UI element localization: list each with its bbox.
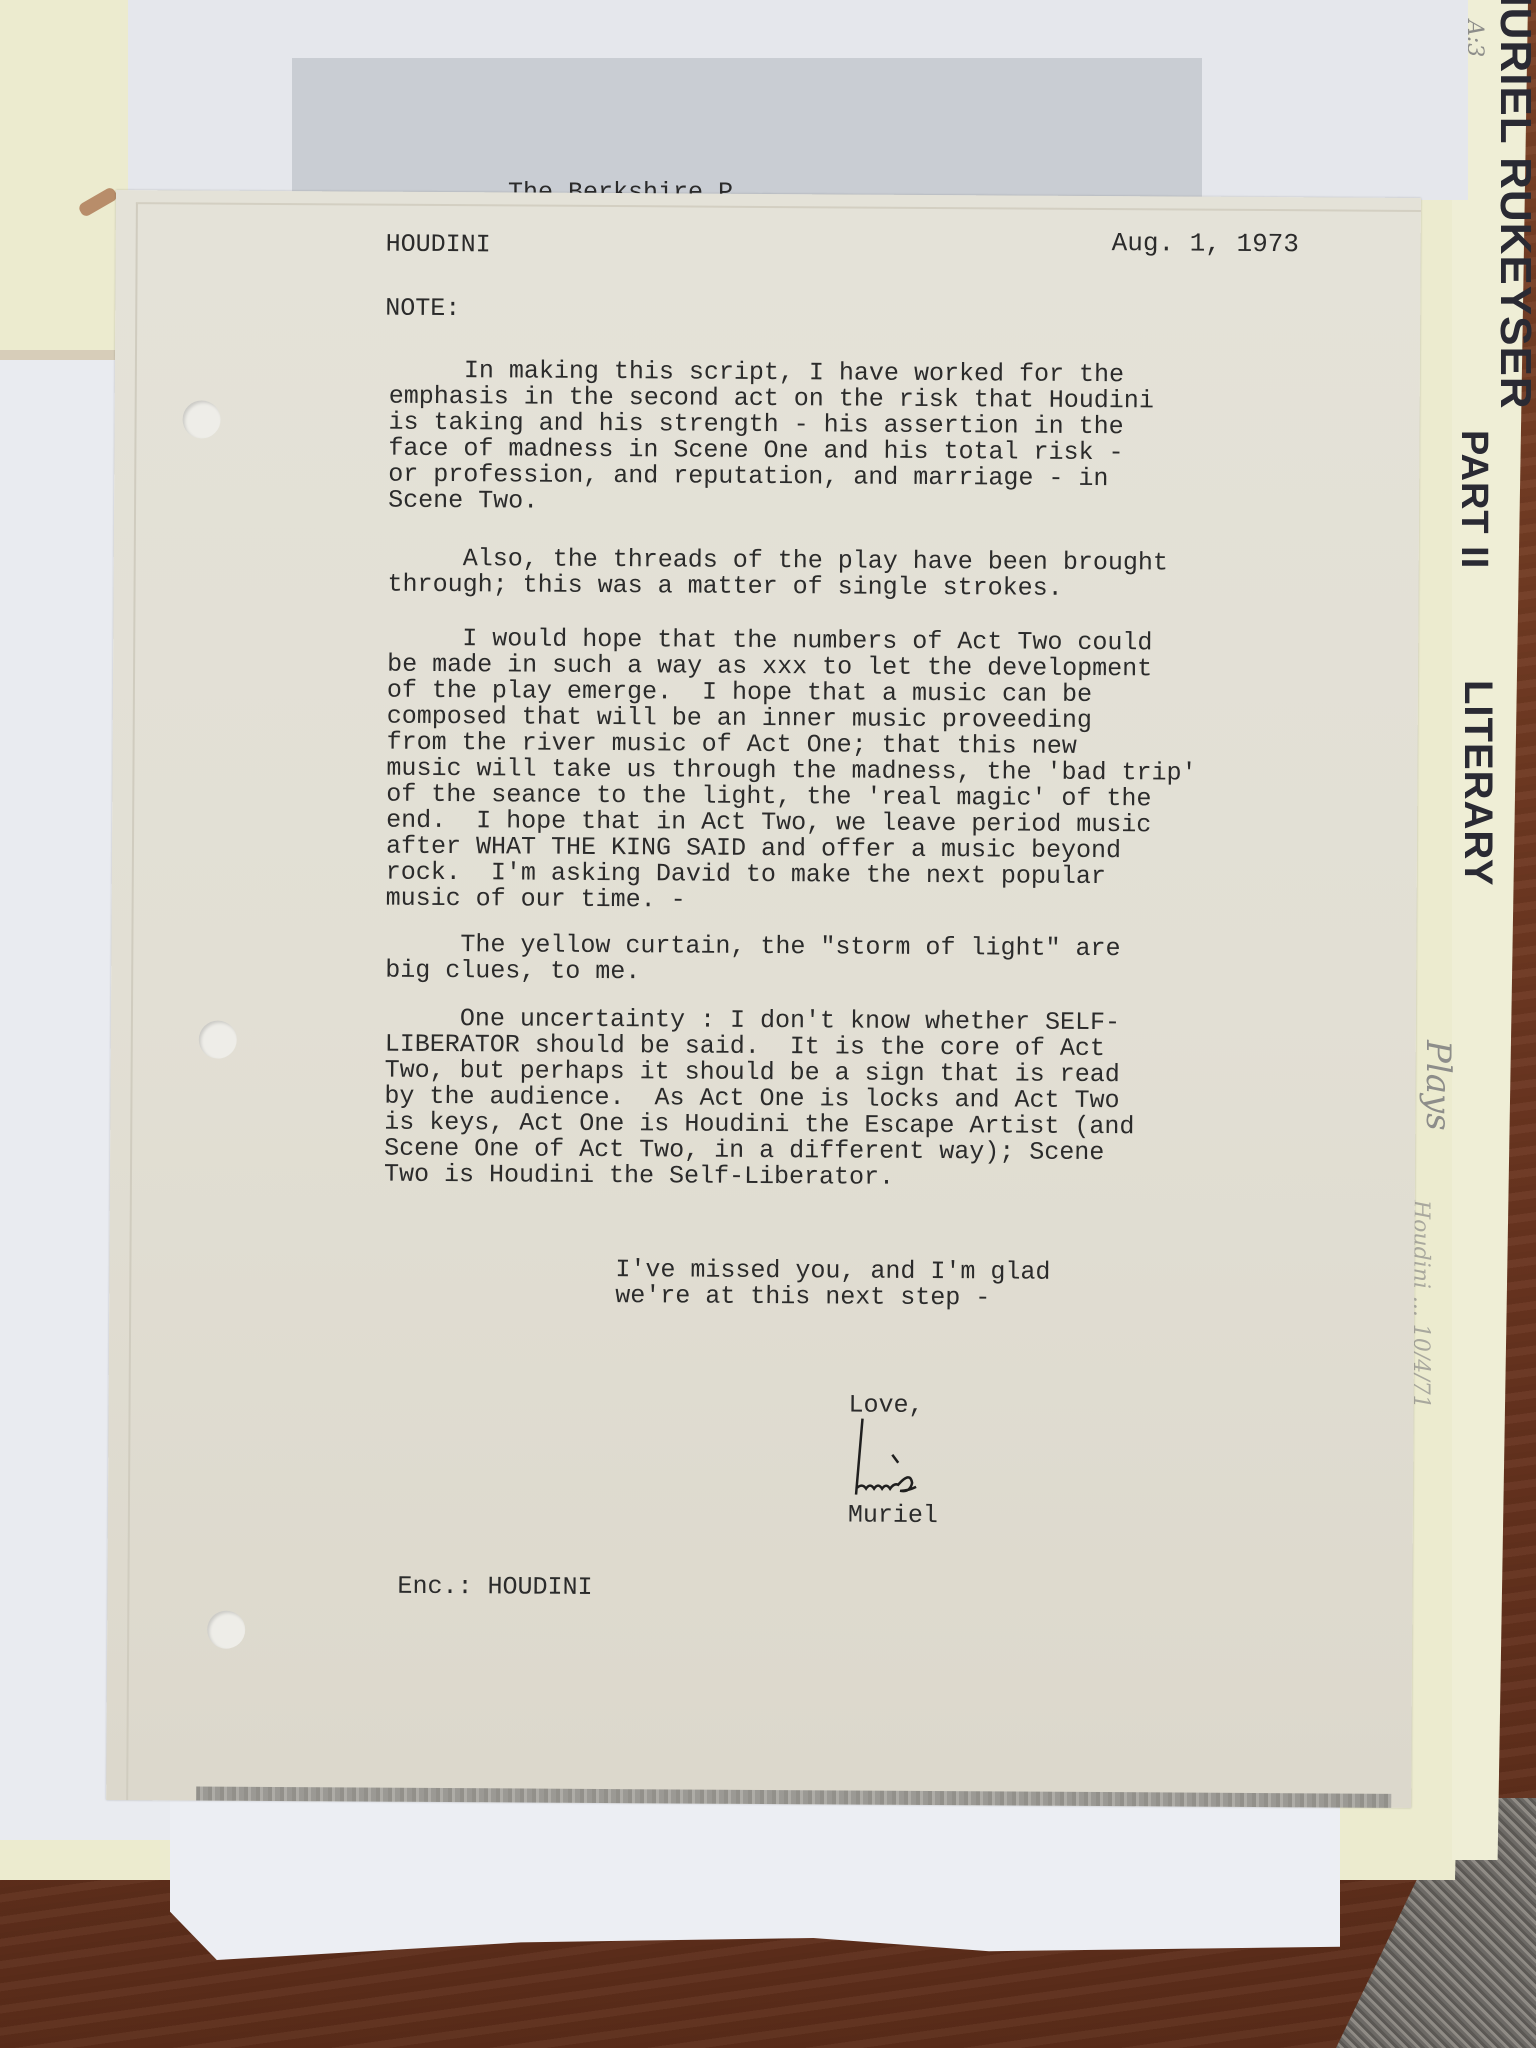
document-date: Aug. 1, 1973 [1112,230,1299,257]
folder-tab-category: LITERARY [1455,680,1500,887]
punch-hole [182,400,220,438]
folder-tab-name: MURIEL RUKEYSER [1490,0,1536,410]
typed-letter: HOUDINI Aug. 1, 1973 NOTE: In making thi… [106,190,1421,1808]
enclosure-note: Enc.: HOUDINI [397,1574,592,1601]
paragraph-3: I would hope that the numbers of Act Two… [386,626,1198,917]
punch-hole [199,1021,237,1059]
note-label: NOTE: [385,296,460,322]
closing-remark: I've missed you, and I'm glad we're at t… [615,1257,1050,1312]
folder-tab-section: PART II [1452,430,1495,569]
punch-hole [207,1611,245,1649]
paragraph-2: Also, the threads of the play have been … [388,546,1168,603]
paragraph-5: One uncertainty : I don't know whether S… [384,1006,1135,1193]
signer-name: Muriel [848,1502,938,1529]
paragraph-4: The yellow curtain, the "storm of light"… [385,932,1120,988]
pencil-annotation-plays: Plays [1418,1040,1458,1131]
paragraph-1: In making this script, I have worked for… [388,358,1154,519]
document-title: HOUDINI [386,232,491,259]
